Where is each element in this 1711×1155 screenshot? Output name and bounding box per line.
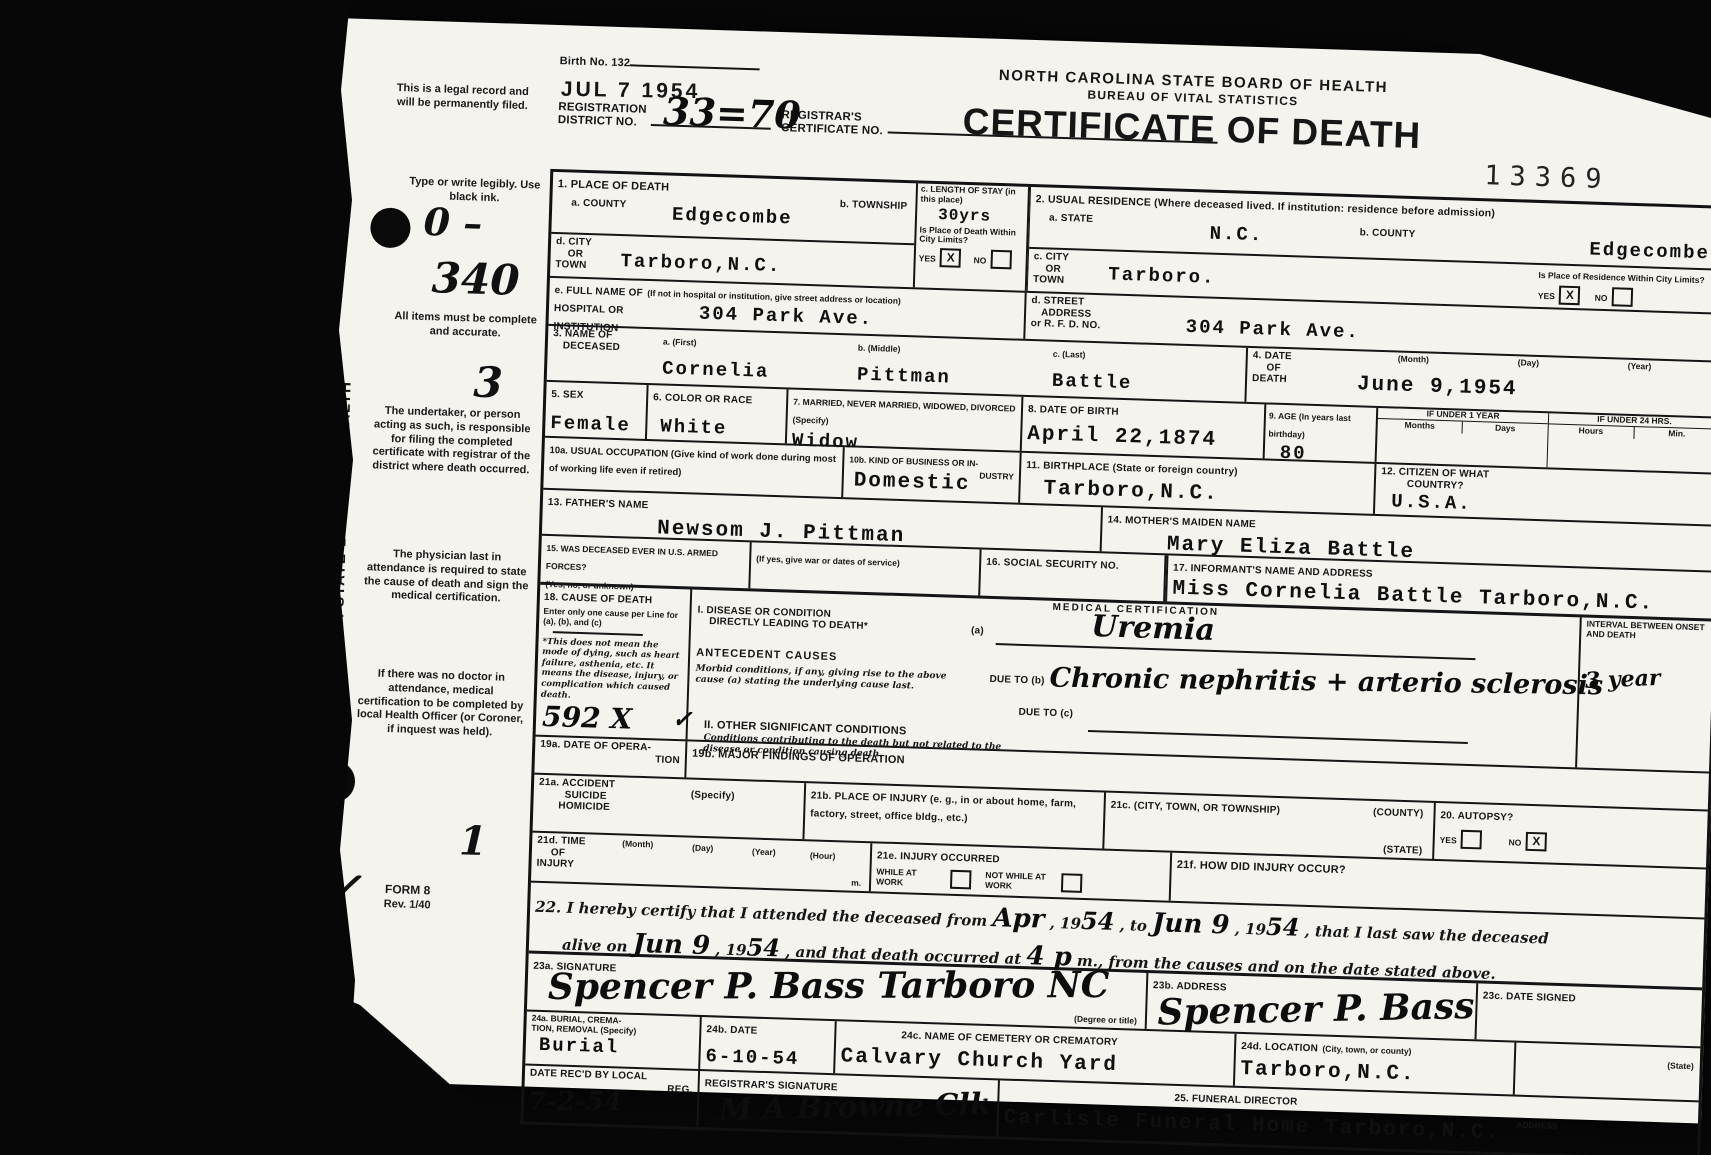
autopsy-yes-checkbox (1461, 830, 1483, 850)
county-label: a. COUNTY (571, 198, 626, 211)
place-of-injury-label: 21b. PLACE OF INJURY (e. g., in or about… (810, 790, 1076, 824)
degree-or-title-note: (Degree or title) (1074, 1015, 1137, 1027)
certify-year1-handwritten: 54 (1081, 906, 1115, 936)
residence-county-value: Edgecombe (1589, 239, 1710, 265)
burial-location-value: Tarboro,N.C. (1240, 1058, 1509, 1089)
due-to-c-label: DUE TO (c) (1018, 706, 1073, 719)
birth-no-blank (630, 53, 760, 70)
while-at-work-checkbox (950, 870, 972, 890)
color-race-label: 6. COLOR OR RACE (653, 392, 753, 406)
certificate-form: Birth No. 132 JUL 7 1954 REGISTRATION DI… (520, 51, 1711, 1155)
residence-county-label: b. COUNTY (1360, 227, 1416, 240)
marital-status-label: 7. MARRIED, NEVER MARRIED, WIDOWED, DIVO… (792, 397, 1015, 426)
usual-residence-label: 2. USUAL RESIDENCE (Where deceased lived… (1035, 193, 1495, 219)
social-security-label: 16. SOCIAL SECURITY NO. (986, 557, 1119, 572)
death-year-label: (Year) (1628, 362, 1652, 373)
months-label: Months (1378, 419, 1463, 433)
hospital-note: (If not in hospital or institution, give… (647, 288, 901, 306)
date-recd-handwritten: 7-2-54 (528, 1087, 622, 1117)
burial-state-note: (State) (1667, 1061, 1694, 1072)
while-at-work-label: WHILE AT WORK (876, 867, 937, 888)
kind-of-business-value: Domestic (853, 470, 970, 497)
margin-handwriting-340: 340 (431, 253, 520, 305)
margin-note-legal: This is a legal record and will be perma… (387, 82, 538, 114)
date-signed-label: 23c. DATE SIGNED (1483, 991, 1576, 1005)
margin-note-complete: All items must be complete and accurate. (390, 310, 541, 342)
residence-state-label: a. STATE (1049, 213, 1093, 225)
length-of-stay-value: 30yrs (938, 206, 1025, 227)
informant-label: 17. INFORMANT'S NAME AND ADDRESS (1173, 563, 1373, 580)
birthplace-value: Tarboro,N.C. (1043, 477, 1369, 510)
armed-forces-label: 15. WAS DECEASED EVER IN U.S. ARMED FORC… (546, 543, 718, 572)
residence-city-limits-question: Is Place of Residence Within City Limits… (1538, 270, 1704, 285)
mothers-maiden-name-label: 14. MOTHER'S MAIDEN NAME (1107, 515, 1256, 531)
disease-a-label: (a) (971, 625, 984, 637)
death-limits-yes-checkbox: X (940, 248, 962, 268)
not-while-at-work-checkbox (1061, 874, 1083, 894)
county-value: Edgecombe (672, 204, 793, 230)
cause-enter-note: Enter only one cause per Line for (a), (… (543, 607, 686, 631)
certificate-paper: This is a legal record and will be perma… (302, 18, 1711, 1123)
middle-name-label: b. (Middle) (858, 343, 901, 354)
certify-text-6: alive on (562, 936, 628, 956)
margin-form-rev: Rev. 1/40 (362, 897, 452, 914)
street-address-value: 304 Park Ave. (1185, 316, 1360, 343)
district-no-label: DISTRICT NO. (558, 114, 647, 130)
hours-label: Hours (1548, 424, 1634, 438)
sex-value: Female (550, 412, 641, 437)
burial-location-note: (City, town, or county) (1322, 1044, 1411, 1057)
major-findings-label: 19b. MAJOR FINDINGS OF OPERATION (692, 748, 905, 767)
burial-location-label: 24d. LOCATION (1241, 1041, 1318, 1054)
accident-suicide-homicide-label: 21a. ACCIDENT (539, 777, 681, 793)
margin-handwriting-0: 0 – (423, 199, 483, 246)
margin-form-number: FORM 8 (362, 881, 452, 899)
armed-forces-note2: (If yes, give war or dates of service) (756, 554, 974, 571)
certify-year3-handwritten: 54 (746, 933, 780, 963)
injury-state-label: (STATE) (1383, 844, 1423, 857)
last-name-value: Battle (1052, 370, 1241, 398)
cemetery-label: 24c. NAME OF CEMETERY OR CREMATORY (901, 1030, 1118, 1048)
first-name-label: a. (First) (663, 336, 697, 347)
death-limits-no-checkbox (991, 250, 1013, 270)
scanned-death-certificate: This is a legal record and will be perma… (0, 0, 1711, 1155)
min-label: Min. (1634, 427, 1711, 441)
fathers-name-label: 13. FATHER'S NAME (548, 497, 649, 511)
registration-district-handwritten: 33=70 (663, 88, 802, 137)
residence-city-value: Tarboro. (1108, 263, 1216, 288)
physician-signature-handwritten: Spencer P. Bass Tarboro NC (548, 964, 1110, 1008)
death-day-label: (Day) (1518, 358, 1540, 368)
injury-month-label: (Month) (622, 839, 653, 850)
certify-text-3: , to (1119, 916, 1147, 935)
certify-to-handwritten: Jun 9 (1152, 908, 1230, 940)
middle-name-value: Pittman (857, 364, 1053, 392)
cause-checkmark: ✓ (672, 703, 693, 733)
cemetery-value: Calvary Church Yard (840, 1045, 1229, 1080)
funeral-address-label: ADDRESS (1516, 1121, 1558, 1132)
time-of-injury-label: 21d. TIME (537, 835, 586, 848)
funeral-director-label: 25. FUNERAL DIRECTOR (1174, 1093, 1297, 1108)
certify-from-handwritten: Apr (992, 903, 1045, 935)
residence-state-value: N.C. (1209, 223, 1263, 247)
residence-limits-no-checkbox (1612, 287, 1634, 307)
burial-date-value: 6-10-54 (705, 1045, 829, 1071)
injury-m-label: m. (851, 879, 861, 889)
burial-value: Burial (539, 1033, 695, 1060)
township-label: b. TOWNSHIP (840, 199, 908, 213)
cause-code-handwritten: 592 X (542, 700, 633, 736)
death-city-limits-question: Is Place of Death Within City Limits? (919, 225, 1024, 248)
injury-year-label: (Year) (752, 848, 776, 859)
death-month-label: (Month) (1398, 355, 1429, 366)
kind-of-business-label: 10b. KIND OF BUSINESS OR IN- (849, 454, 978, 468)
injury-day-label: (Day) (692, 844, 714, 854)
date-of-birth-label: 8. DATE OF BIRTH (1028, 404, 1119, 418)
certify-text-2: , 19 (1049, 914, 1081, 933)
days-label: Days (1463, 421, 1548, 435)
injury-hour-label: (Hour) (810, 851, 836, 862)
physician-signature2-handwritten: Spencer P. Bass (1157, 985, 1475, 1034)
autopsy-no-checkbox: X (1526, 832, 1548, 852)
interval-label: INTERVAL BETWEEN ONSET AND DEATH (1586, 620, 1709, 643)
color-race-value: White (660, 415, 781, 441)
certificate-serial-stamp: 13369 (1484, 160, 1611, 195)
usual-occupation-label: 10a. USUAL OCCUPATION (Give kind of work… (549, 445, 836, 478)
certify-text-4: , 19 (1234, 920, 1266, 939)
margin-handwriting-3: 3 (473, 358, 504, 408)
hospital-label: e. FULL NAME OF (554, 285, 643, 299)
antecedent-causes-label: ANTECEDENT CAUSES (696, 646, 837, 662)
birthplace-label: 11. BIRTHPLACE (State or foreign country… (1026, 460, 1238, 478)
cause-b-value-handwritten: Chronic nephritis + arterio sclerosis (1049, 662, 1603, 701)
injury-county-label: (COUNTY) (1373, 807, 1424, 820)
sex-label: 5. SEX (551, 389, 584, 401)
age-label: 9. AGE (In years last birthday) (1268, 411, 1351, 440)
margin-note-physician: The physician last in attendance is requ… (362, 547, 532, 607)
date-of-birth-value: April 22,1874 (1027, 423, 1259, 453)
form-body: 1. PLACE OF DEATH a. COUNTY b. TOWNSHIP … (520, 169, 1711, 1155)
date-of-death-value: June 9,1954 (1357, 373, 1518, 401)
accident-specify-note: (Specify) (691, 790, 799, 805)
burial-date-label: 24b. DATE (706, 1024, 757, 1037)
cause-a-value-handwritten: Uremia (1091, 609, 1216, 648)
length-of-stay-label: c. LENGTH OF STAY (in this place) (920, 184, 1025, 207)
morbid-note: Morbid conditions, if any, giving rise t… (695, 663, 976, 694)
date-of-death-label: 4. DATE (1253, 350, 1292, 363)
cause-of-death-label: 18. CAUSE OF DEATH (544, 592, 653, 606)
certify-year2-handwritten: 54 (1266, 912, 1300, 942)
hospital-value: 304 Park Ave. (699, 303, 874, 330)
residence-limits-yes-checkbox: X (1559, 286, 1581, 306)
birth-no-label: Birth No. 132 (560, 55, 631, 69)
margin-note-undertaker: The undertaker, or person acting as such… (371, 404, 533, 478)
autopsy-label: 20. AUTOPSY? (1440, 810, 1513, 823)
how-did-injury-occur-label: 21f. HOW DID INJURY OCCUR? (1177, 859, 1346, 876)
due-to-b-label: DUE TO (b) (989, 673, 1044, 686)
funeral-director-value: Carlisle Funeral Home Tarboro,N.C. (1003, 1107, 1692, 1152)
place-of-death-label: 1. PLACE OF DEATH (558, 178, 670, 193)
last-name-label: c. (Last) (1053, 349, 1086, 360)
not-while-at-work-label: NOT WHILE AT WORK (985, 871, 1048, 892)
injury-occurred-label: 21e. INJURY OCCURRED (877, 850, 1000, 865)
margin-note-no-doctor: If there was no doctor in attendance, me… (354, 667, 526, 741)
certify-text-5: , that I last saw the deceased (1304, 922, 1549, 948)
first-name-value: Cornelia (662, 357, 858, 385)
interval-handwritten: 3 year (1584, 663, 1707, 694)
cause-asterisk-note: *This does not mean the mode of dying, s… (541, 636, 685, 704)
certify-text-7: , 19 (715, 941, 747, 960)
margin-handwriting-1: 1 (458, 817, 487, 865)
citizen-value: U.S.A. (1391, 490, 1472, 515)
injury-city-label: 21c. (CITY, TOWN, OR TOWNSHIP) (1110, 800, 1280, 816)
punch-hole-icon (370, 207, 411, 248)
registrar-signature-handwritten: M A Browne Clk (719, 1087, 991, 1128)
